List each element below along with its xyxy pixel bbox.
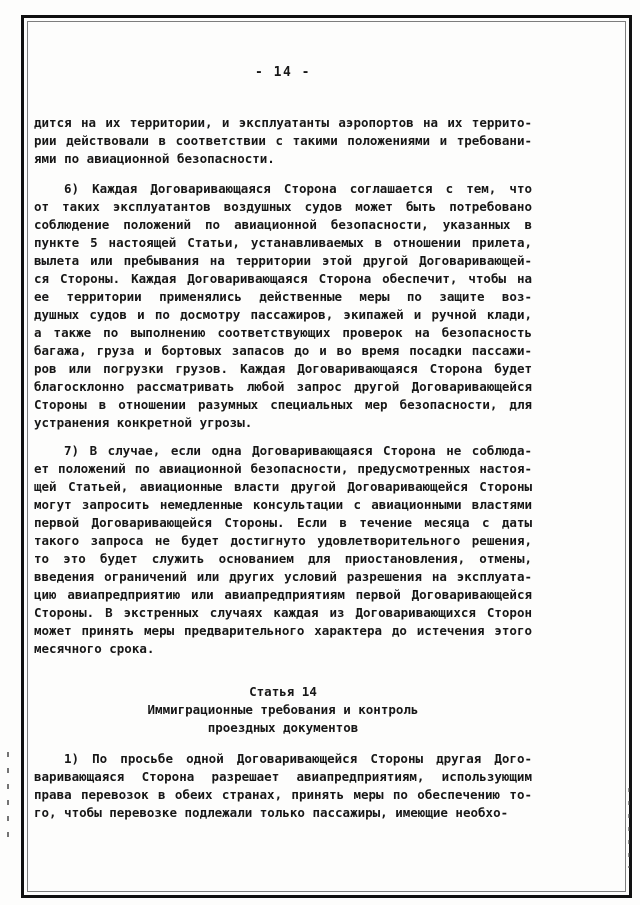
text-line: первой Договаривающейся Стороны. Если в … [34, 514, 532, 532]
text-line: пункте 5 настоящей Статьи, устанавливаем… [34, 234, 532, 252]
page-number: - 14 - [34, 64, 532, 82]
text-line: Иммиграционные требования и контроль [34, 701, 532, 719]
text-line: права перевозок в обеих странах, принять… [34, 786, 532, 804]
paragraph: 6) Каждая Договаривающаяся Сторона согла… [34, 180, 532, 432]
text-line: ров или погрузки грузов. Каждая Договари… [34, 360, 532, 378]
text-line: введения ограничений или других условий … [34, 568, 532, 586]
text-line: багажа, груза и бортовых запасов до и во… [34, 342, 532, 360]
text-flow: дится на их территории, и эксплуатанты а… [34, 114, 532, 822]
text-line: ся Стороны. Каждая Договаривающаяся Стор… [34, 270, 532, 288]
text-line: от таких эксплуатантов воздушных судов м… [34, 198, 532, 216]
text-line: ями по авиационной безопасности. [34, 150, 532, 168]
text-line: Стороны. В экстренных случаях каждая из … [34, 604, 532, 622]
text-line: ее территории применялись действенные ме… [34, 288, 532, 306]
text-line: а также по выполнению соответствующих пр… [34, 324, 532, 342]
text-line: цию авиапредприятию или авиапредприятиям… [34, 586, 532, 604]
paragraph: 7) В случае, если одна Договаривающаяся … [34, 442, 532, 658]
text-line: 7) В случае, если одна Договаривающаяся … [34, 442, 532, 460]
scan-artifact [7, 752, 9, 848]
text-line: такого запроса не будет достигнуто удовл… [34, 532, 532, 550]
scan-artifact [628, 788, 630, 868]
text-line: 1) По просьбе одной Договаривающейся Сто… [34, 750, 532, 768]
text-line: устранения конкретной угрозы. [34, 414, 532, 432]
text-line: то это будет служить основанием для прио… [34, 550, 532, 568]
text-line: благосклонно рассматривать любой запрос … [34, 378, 532, 396]
text-line: могут запросить немедленные консультации… [34, 496, 532, 514]
text-line: варивающаяся Сторона разрешает авиапредп… [34, 768, 532, 786]
text-line: Статья 14 [34, 683, 532, 701]
text-line: Стороны в отношении разумных специальных… [34, 396, 532, 414]
paragraph: 1) По просьбе одной Договаривающейся Сто… [34, 750, 532, 822]
paragraph: дится на их территории, и эксплуатанты а… [34, 114, 532, 168]
text-line: го, чтобы перевозке подлежали только пас… [34, 804, 532, 822]
text-line: может принять меры предварительного хара… [34, 622, 532, 640]
text-line: соблюдение положений по авиационной безо… [34, 216, 532, 234]
article-heading: Статья 14Иммиграционные требования и кон… [34, 683, 532, 737]
text-line: ет положений по авиационной безопасности… [34, 460, 532, 478]
text-line: рии действовали в соответствии с такими … [34, 132, 532, 150]
text-line: вылета или пребывания на территории этой… [34, 252, 532, 270]
text-line: душных судов и по досмотру пассажиров, э… [34, 306, 532, 324]
text-line: щей Статьей, авиационные власти другой Д… [34, 478, 532, 496]
text-line: проездных документов [34, 719, 532, 737]
page-content: - 14 - дится на их территории, и эксплуа… [34, 64, 532, 822]
scanned-document-page: { "colors": { "paper": "#fdfdfc", "ink":… [0, 0, 640, 905]
text-line: 6) Каждая Договаривающаяся Сторона согла… [34, 180, 532, 198]
text-line: месячного срока. [34, 640, 532, 658]
text-line: дится на их территории, и эксплуатанты а… [34, 114, 532, 132]
